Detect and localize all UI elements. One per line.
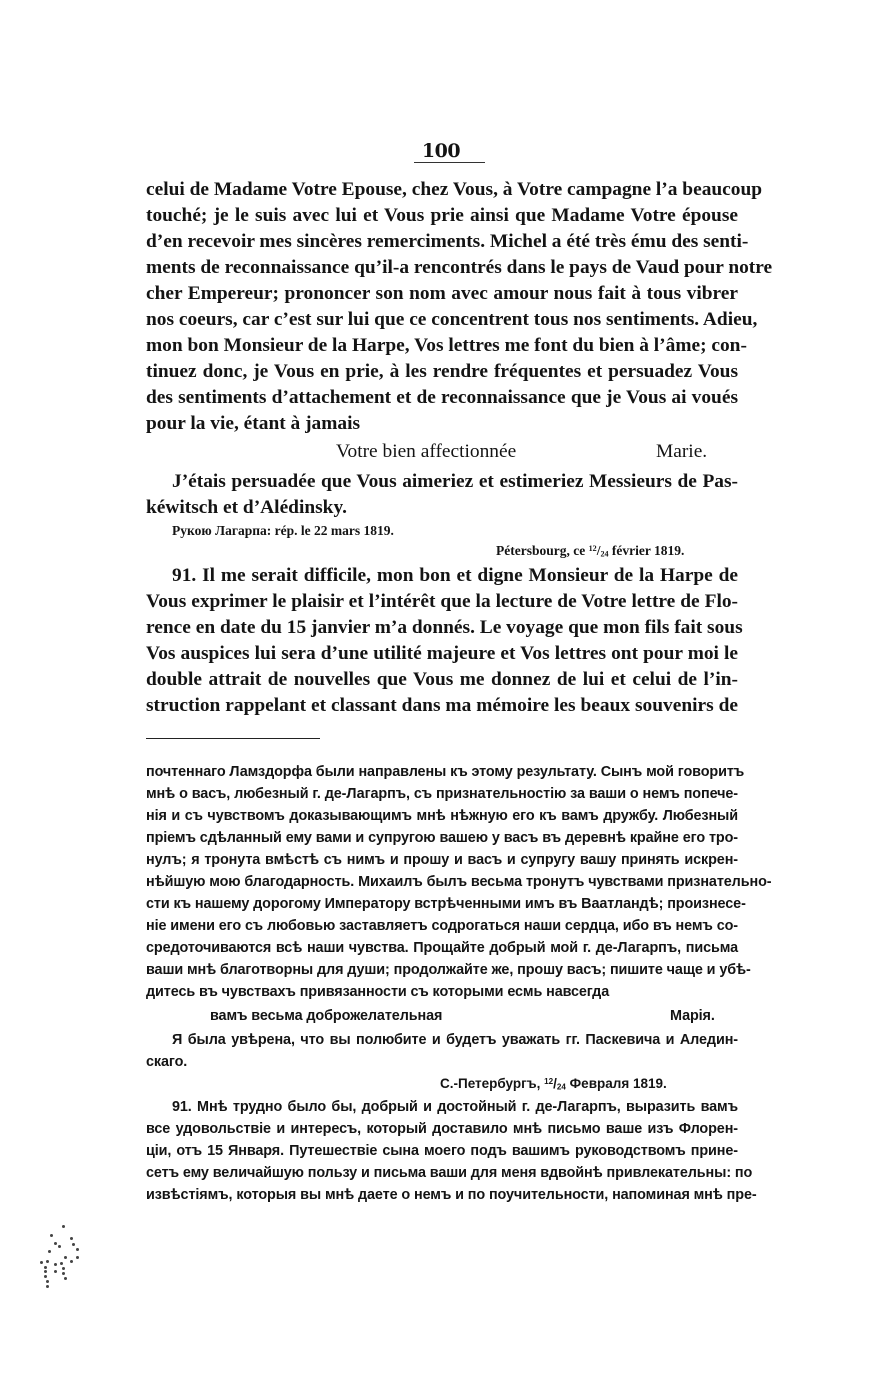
letter-signature: Марія. [670,1006,740,1028]
letter-closing: Votre bien affectionnée [336,439,636,465]
text-line: извѣстіямъ, которыя вы мнѣ даете о немъ … [146,1185,738,1207]
text-line: 91. Il me serait difficile, mon bon et d… [172,563,738,589]
text-line: нія и съ чувствомъ доказывающимъ мнѣ нѣж… [146,806,738,828]
text-line: cher Empereur; prononcer son nom avec am… [146,281,738,307]
text-line: tinuez donc, je Vous en prie, à les rend… [146,359,738,385]
text-line: ніе имени его съ любовью заставляетъ сод… [146,916,738,938]
text-line: ments de reconnaissance qu’il-a rencontr… [146,255,738,281]
text-line: Vous exprimer le plaisir et l’intérêt qu… [146,589,738,615]
archival-annotation: Рукою Лагарпа: rép. le 22 mars 1819. [172,522,394,540]
text-line: нѣйшую мою благодарность. Михаилъ былъ в… [146,872,738,894]
text-line: пріемъ сдѣланный ему вами и супругою ваш… [146,828,738,850]
footnote-separator [146,738,320,739]
letter-closing: вамъ весьма доброжелательная [210,1006,510,1028]
text-line: все удовольствіе и интересъ, который дос… [146,1119,738,1141]
stamp-perforation-mark [40,1220,110,1300]
letter-signature: Marie. [656,439,736,465]
text-line: ціи, отъ 15 Января. Путешествіе сына мое… [146,1141,738,1163]
text-line: double attrait de nouvelles que Vous me … [146,667,738,693]
text-line: d’en recevoir mes sincères remerciments.… [146,229,738,255]
text-line: mon bon Monsieur de la Harpe, Vos lettre… [146,333,738,359]
page-number: 100 [0,140,882,162]
text-line: Я была увѣрена, что вы полюбите и будетъ… [172,1030,738,1052]
text-line: нулъ; я тронута вмѣстѣ съ нимъ и прошу и… [146,850,738,872]
text-line: nos coeurs, car c’est sur lui que ce con… [146,307,738,333]
dateline: Pétersbourg, ce 12/24 février 1819. [496,540,684,564]
text-line: struction rappelant et classant dans ma … [146,693,738,719]
text-line: скаго. [146,1052,738,1074]
text-line: Vos auspices lui sera d’une utilité maje… [146,641,738,667]
text-line: дитесь въ чувствахъ привязанности съ кот… [146,982,738,1004]
text-line: J’étais persuadée que Vous aimeriez et e… [172,469,738,495]
text-line: touché; je le suis avec lui et Vous prie… [146,203,738,229]
text-line: средоточиваются всѣ наши чувства. Прощай… [146,938,738,960]
text-line: мнѣ о васъ, любезный г. де-Лагарпъ, съ п… [146,784,738,806]
dateline: С.-Петербургъ, 12/24 Февраля 1819. [440,1073,667,1097]
text-line: сетъ ему величайшую пользу и письма ваши… [146,1163,738,1185]
text-line: сти къ нашему дорогому Императору встрѣч… [146,894,738,916]
page-number-rule [414,162,485,163]
text-line: ваши мнѣ благотворны для души; продолжай… [146,960,738,982]
book-page: 100 celui de Madame Votre Epouse, chez V… [0,0,882,1393]
text-line: des sentiments d’attachement et de recon… [146,385,738,411]
text-line: почтеннаго Ламздорфа были направлены къ … [146,762,738,784]
text-line: rence en date du 15 janvier m’a donnés. … [146,615,738,641]
text-line: pour la vie, étant à jamais [146,411,738,437]
text-line: 91. Мнѣ трудно было бы, добрый и достойн… [172,1097,738,1119]
text-line: celui de Madame Votre Epouse, chez Vous,… [146,177,738,203]
text-line: kéwitsch et d’Alédinsky. [146,495,738,521]
